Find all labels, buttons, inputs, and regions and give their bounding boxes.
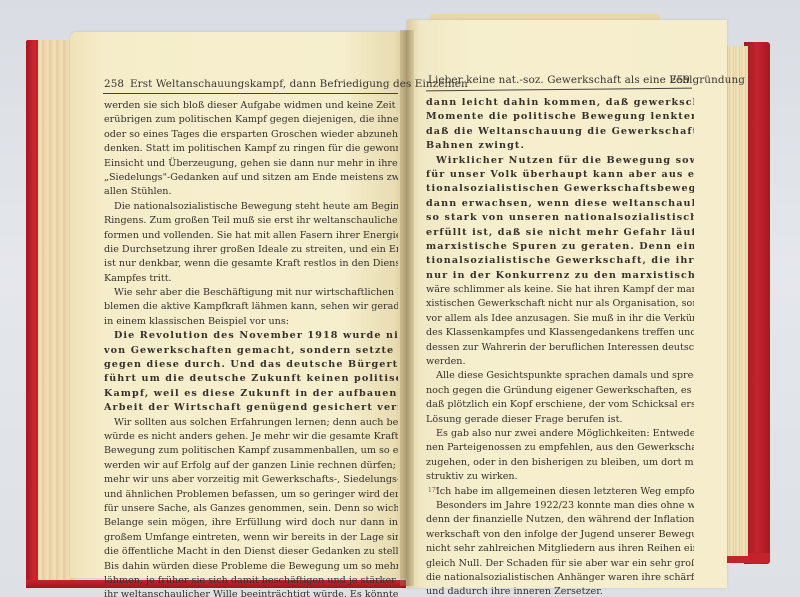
text-line: Einsicht und Überzeugung, gehen sie dann… [104,157,398,171]
text-line: erübrigen zum politischen Kampf gegen di… [104,113,398,127]
text-line: oder so eines Tages die ersparten Grosch… [104,128,398,142]
text-line: würde es nicht anders gehen. Je mehr wir… [104,430,398,444]
text-line: erfüllt ist, daß sie nicht mehr Gefahr l… [426,226,694,240]
text-line: Die Revolution des November 1918 wurde n… [104,329,398,343]
text-line: dann leicht dahin kommen, daß gewerkscha… [426,96,694,110]
text-line: die öffentliche Macht in den Dienst dies… [104,545,398,559]
open-book-photo: 258 Erst Weltanschauungskampf, dann Befr… [0,0,800,597]
text-line: die nationalsozialistischen Anhänger war… [426,571,694,585]
text-line: des Klassenkampfes und Klassengedankens … [426,326,694,340]
text-line: die Durchsetzung ihrer großen Ideale zu … [104,243,398,257]
text-line: Wirklicher Nutzen für die Bewegung sowoh… [426,154,694,168]
text-line: struktiv zu wirken. [426,470,694,484]
left-head-rule [103,93,398,94]
text-line: in einem klassischen Beispiel vor uns: [104,315,398,329]
text-line: daß die Weltanschauung die Gewerkschaft … [426,125,694,139]
text-line: Ringens. Zum großen Teil muß sie erst ih… [104,214,398,228]
signature-mark: 17* [428,487,439,494]
text-line: werkschaft von den infolge der Jugend un… [426,528,694,542]
text-line: Belange sein mögen, ihre Erfüllung wird … [104,516,398,530]
text-line: Ich habe im allgemeinen diesen letzteren… [426,485,694,499]
text-line: Kampfes tritt. [104,272,398,286]
text-line: gegen diese durch. Und das deutsche Bürg… [104,358,398,372]
text-line: Besonders im Jahre 1922/23 konnte man di… [426,499,694,513]
text-line: Arbeit der Wirtschaft genügend gesichert… [104,401,398,415]
text-line: werden sie sich bloß dieser Aufgabe widm… [104,99,398,113]
text-line: Bis dahin würden diese Probleme die Bewe… [104,560,398,574]
text-line: für unser Volk überhaupt kann aber aus e… [426,168,694,182]
right-page-body-text: dann leicht dahin kommen, daß gewerkscha… [426,96,694,597]
text-line: daß plötzlich ein Kopf erschiene, der vo… [426,398,694,412]
text-line: Lösung gerade dieser Frage berufen ist. [426,413,694,427]
text-line: allen Stühlen. [104,185,398,199]
text-line: führt um die deutsche Zukunft keinen pol… [104,372,398,386]
left-running-head-title: Erst Weltanschauungskampf, dann Befriedi… [130,78,468,90]
text-line: Es gab also nur zwei andere Möglichkeite… [426,427,694,441]
text-line: xistischen Gewerkschaft nicht nur als Or… [426,297,694,311]
text-line: dann erwachsen, wenn diese weltanschauli… [426,197,694,211]
text-line: großem Umfange eintreten, wenn wir berei… [104,531,398,545]
text-line: denken. Statt im politischen Kampf zu ri… [104,142,398,156]
text-line: Bewegung zum politischen Kampf zusammenb… [104,444,398,458]
right-page-number: 259 [670,74,690,86]
text-line: dessen zur Wahrerin der beruflichen Inte… [426,341,694,355]
text-line: nicht sehr zahlreichen Mitgliedern aus i… [426,542,694,556]
left-page-number: 258 [104,78,124,90]
text-line: lähmen, je früher sie sich damit beschäf… [104,574,398,588]
text-line: denn der finanzielle Nutzen, den während… [426,513,694,527]
left-page-body-text: werden sie sich bloß dieser Aufgabe widm… [104,99,398,597]
text-line: vor allem als Idee anzusagen. Sie muß in… [426,312,694,326]
text-line: so stark von unseren nationalsozialistis… [426,211,694,225]
text-line: ihr weltanschaulicher Wille beeinträchti… [104,588,398,597]
text-line: werden wir auf Erfolg auf der ganzen Lin… [104,459,398,473]
text-line: blemen die aktive Kampfkraft lähmen kann… [104,300,398,314]
text-line: marxistische Spuren zu geraten. Denn ein… [426,240,694,254]
text-line: ist nur denkbar, wenn die gesamte Kraft … [104,257,398,271]
text-line: Alle diese Gesichtspunkte sprachen damal… [426,369,694,383]
text-line: zugehen, oder in den bisherigen zu bleib… [426,456,694,470]
text-line: nen Parteigenossen zu empfehlen, aus den… [426,441,694,455]
text-line: Die nationalsozialistische Bewegung steh… [104,200,398,214]
text-line: tionalsozialistischen Gewerkschaftsbeweg… [426,182,694,196]
text-line: Wie sehr aber die Beschäftigung mit nur … [104,286,398,300]
text-line: formen und vollenden. Sie hat mit allen … [104,229,398,243]
text-line: gleich Null. Der Schaden für sie aber wa… [426,557,694,571]
text-line: „Siedelungs"-Gedanken auf und sitzen am … [104,171,398,185]
text-line: nur in der Konkurrenz zu den marxistisch… [426,269,694,283]
text-line: Momente die politische Bewegung lenkten,… [426,110,694,124]
text-line: und ähnlichen Problemen befassen, um so … [104,488,398,502]
text-line: von Gewerkschaften gemacht, sondern setz… [104,344,398,358]
text-line: Bahnen zwingt. [426,139,694,153]
text-line: Wir sollten aus solchen Erfahrungen lern… [104,416,398,430]
text-line: für unsere Sache, als Ganzes genommen, s… [104,502,398,516]
text-line: wäre schlimmer als keine. Sie hat ihren … [426,283,694,297]
text-line: noch gegen die Gründung eigener Gewerksc… [426,384,694,398]
text-line: werden. [426,355,694,369]
text-line: und dadurch ihre inneren Zersetzer. [426,585,694,597]
book-gutter [400,30,414,586]
text-line: Kampf, weil es diese Zukunft in der aufb… [104,387,398,401]
text-line: tionalsozialistische Gewerkschaft, die i… [426,254,694,268]
right-running-head-title: Lieber keine nat.-soz. Gewerkschaft als … [428,74,745,86]
text-line: mehr wir uns aber vorzeitig mit Gewerksc… [104,473,398,487]
